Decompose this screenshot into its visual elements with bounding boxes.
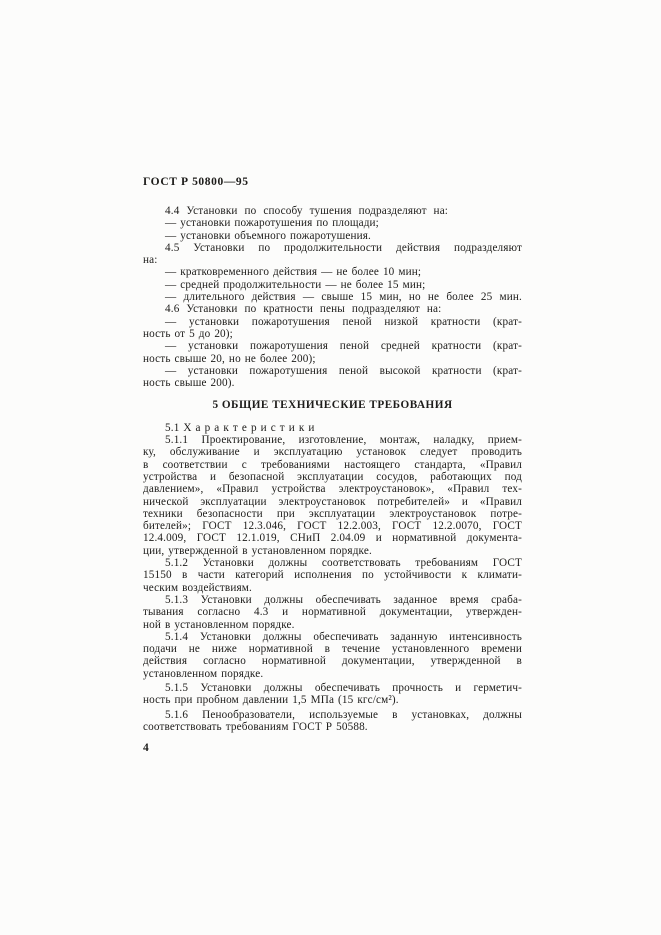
text-line: ной в установленном порядке.	[143, 619, 522, 631]
text-line: ность при пробном давлении 1,5 МПа (15 к…	[143, 694, 522, 706]
text-line: подачи не ниже нормативной в течение уст…	[143, 643, 522, 655]
document-body: 4.4 Установки по способу тушения подразд…	[143, 205, 522, 733]
text-line: 4.5 Установки по продолжительности дейст…	[143, 242, 522, 254]
text-line: 4.6 Установки по кратности пены подразде…	[143, 303, 522, 315]
text-line: — длительного действия — свыше 15 мин, н…	[143, 291, 522, 303]
text-line: техники безопасности при эксплуатации эл…	[143, 508, 522, 520]
text-line: нической эксплуатации электроустановок п…	[143, 496, 522, 508]
text-line: — кратковременного действия — не более 1…	[143, 266, 522, 278]
text-line: — установки пожаротушения пеной низкой к…	[143, 316, 522, 328]
text-line: ции, утвержденной в установленном порядк…	[143, 545, 522, 557]
text-line: — установки пожаротушения пеной средней …	[143, 340, 522, 352]
text-line: ность свыше 20, но не более 200);	[143, 353, 522, 365]
page-number: 4	[143, 742, 522, 754]
text-line: ность от 5 до 20);	[143, 328, 522, 340]
text-line: 5.1.4 Установки должны обеспечивать зада…	[143, 631, 522, 643]
text-line: на:	[143, 254, 522, 266]
text-line: 5.1.6 Пенообразователи, используемые в у…	[143, 709, 522, 721]
text-line: установленном порядке.	[143, 668, 522, 680]
text-block: ГОСТ Р 50800—95 4.4 Установки по способу…	[143, 176, 522, 754]
text-line: 15150 в части категорий исполнения по ус…	[143, 569, 522, 581]
text-line: — установки пожаротушения по площади;	[143, 217, 522, 229]
text-line: устройства и безопасной эксплуатации сос…	[143, 471, 522, 483]
text-line: ческим воздействиям.	[143, 582, 522, 594]
text-line: ность свыше 200).	[143, 377, 522, 389]
scanned-document-page: ГОСТ Р 50800—95 4.4 Установки по способу…	[0, 0, 661, 935]
text-line: действия согласно нормативной документац…	[143, 655, 522, 667]
text-line: в соответствии с требованиями настоящего…	[143, 459, 522, 471]
document-code-header: ГОСТ Р 50800—95	[143, 176, 522, 188]
text-line: — средней продолжительности — не более 1…	[143, 279, 522, 291]
text-line: 4.4 Установки по способу тушения подразд…	[143, 205, 522, 217]
text-line: давлением», «Правил устройства электроус…	[143, 483, 522, 495]
text-line: — установки объемного пожаротушения.	[143, 230, 522, 242]
text-line: 5.1 Х а р а к т е р и с т и к и	[143, 422, 522, 434]
text-line: бителей»; ГОСТ 12.3.046, ГОСТ 12.2.003, …	[143, 520, 522, 532]
text-line: 5.1.5 Установки должны обеспечивать проч…	[143, 682, 522, 694]
text-line: 5.1.3 Установки должны обеспечивать зада…	[143, 594, 522, 606]
text-line: ку, обслуживание и эксплуатацию установо…	[143, 446, 522, 458]
text-line: тывания согласно 4.3 и нормативной докум…	[143, 606, 522, 618]
text-line: 5.1.1 Проектирование, изготовление, монт…	[143, 434, 522, 446]
section-heading: 5 ОБЩИЕ ТЕХНИЧЕСКИЕ ТРЕБОВАНИЯ	[143, 399, 522, 411]
text-line: 12.4.009, ГОСТ 12.1.019, СНиП 2.04.09 и …	[143, 532, 522, 544]
text-line: — установки пожаротушения пеной высокой …	[143, 365, 522, 377]
text-line: соответствовать требованиям ГОСТ Р 50588…	[143, 721, 522, 733]
text-line: 5.1.2 Установки должны соответствовать т…	[143, 557, 522, 569]
